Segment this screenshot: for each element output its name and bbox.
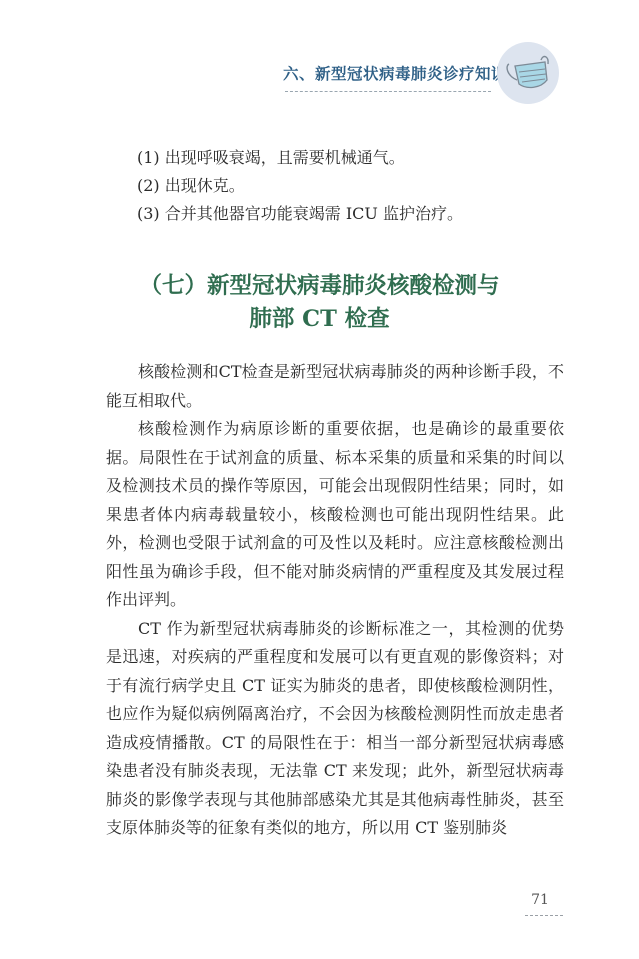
header-dashed-divider — [285, 91, 491, 92]
face-mask-icon — [497, 42, 559, 104]
section-heading: （七）新型冠状病毒肺炎核酸检测与 肺部 CT 检查 — [0, 270, 639, 336]
paragraph: CT 作为新型冠状病毒肺炎的诊断标准之一，其检测的优势是迅速，对疾病的严重程度和… — [106, 615, 564, 843]
page-number: 71 — [520, 892, 560, 908]
list-item: (3) 合并其他器官功能衰竭需 ICU 监护治疗。 — [137, 200, 463, 228]
section-heading-line-2: 肺部 CT 检查 — [0, 303, 639, 336]
section-heading-line-1: （七）新型冠状病毒肺炎核酸检测与 — [0, 270, 639, 303]
paragraph: 核酸检测和CT检查是新型冠状病毒肺炎的两种诊断手段，不能互相取代。 — [106, 358, 564, 415]
criteria-list: (1) 出现呼吸衰竭，且需要机械通气。 (2) 出现休克。 (3) 合并其他器官… — [137, 144, 463, 228]
list-item: (1) 出现呼吸衰竭，且需要机械通气。 — [137, 144, 463, 172]
chapter-title: 六、新型冠状病毒肺炎诊疗知识 — [283, 62, 507, 84]
paragraph: 核酸检测作为病原诊断的重要依据，也是确诊的最重要依据。局限性在于试剂盒的质量、标… — [106, 415, 564, 615]
list-item: (2) 出现休克。 — [137, 172, 463, 200]
body-text: 核酸检测和CT检查是新型冠状病毒肺炎的两种诊断手段，不能互相取代。 核酸检测作为… — [106, 358, 564, 843]
footer-dashed-divider — [525, 915, 563, 916]
